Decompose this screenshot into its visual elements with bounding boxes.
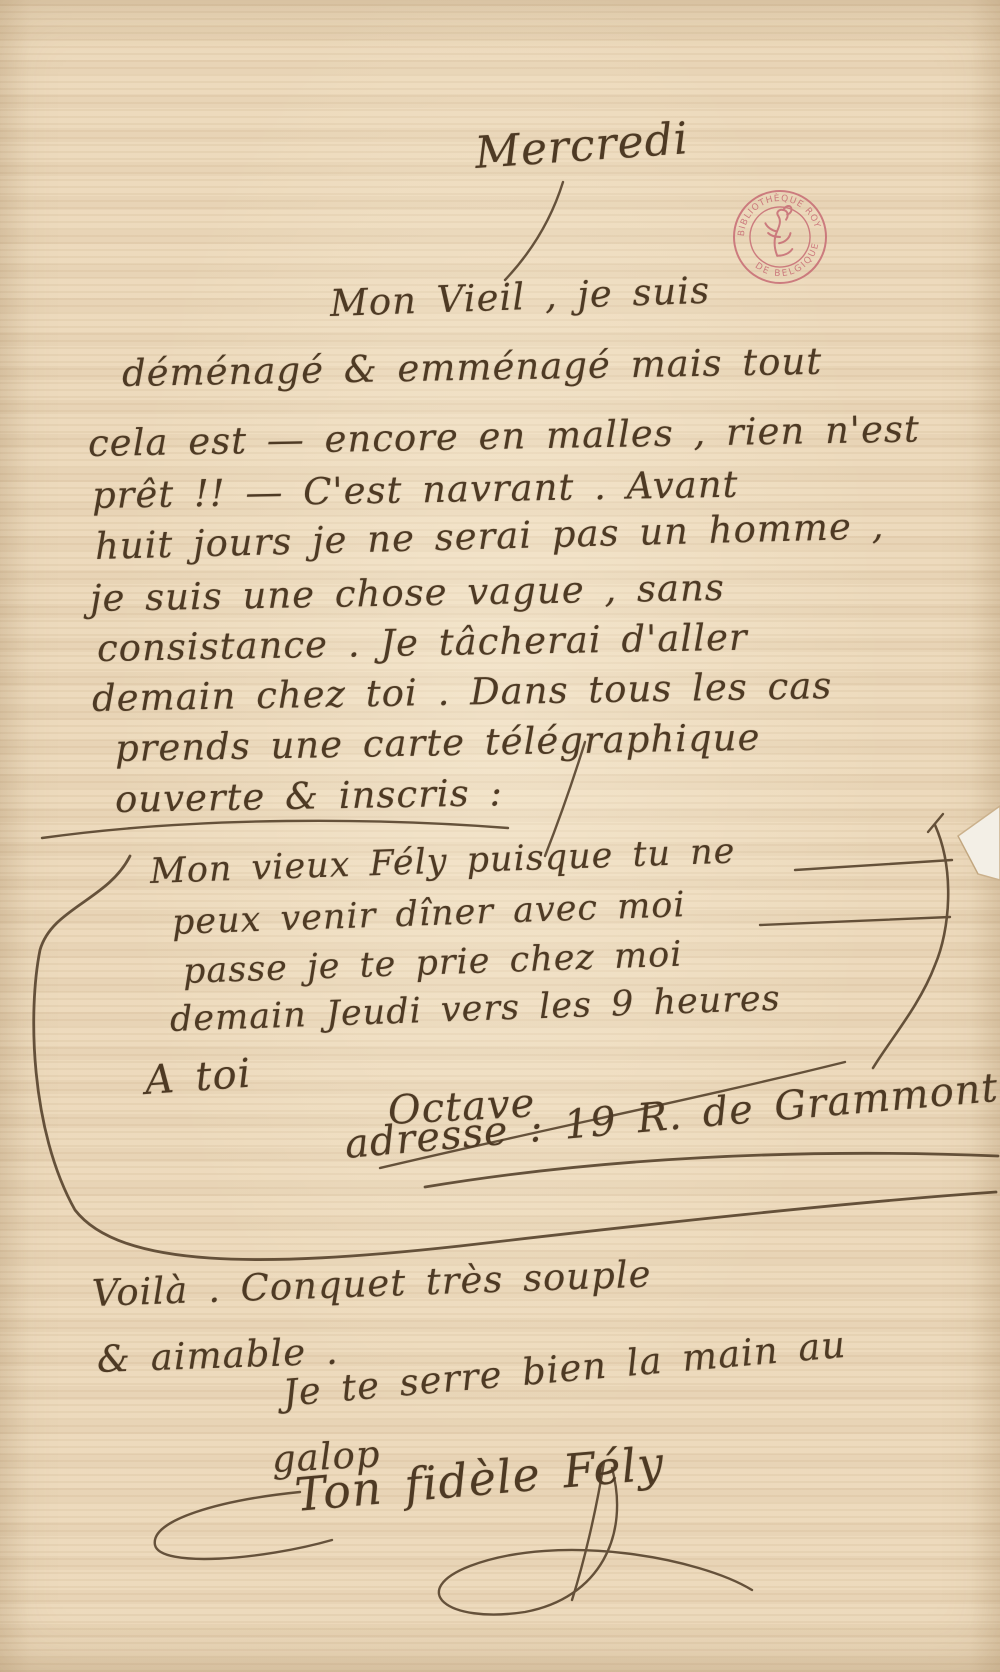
letter-line: cela est — encore en malles , rien n'est	[88, 407, 920, 465]
letter-line: prêt !! — C'est navrant . Avant	[92, 463, 739, 517]
letter-line: prends une carte télégraphique	[115, 716, 761, 770]
pen-flourish	[928, 814, 943, 832]
letter-line: Mon Vieil , je suis	[329, 269, 711, 325]
telegram-card-line: Mon vieux Fély puisque tu ne	[149, 832, 736, 892]
card-address: adresse : 19 R. de Grammont	[343, 1065, 1000, 1168]
letter-line: déménagé & emménagé mais tout	[122, 340, 823, 395]
paper-tear	[958, 806, 1000, 880]
library-stamp: BIBLIOTHÈQUE ROYALE DE BELGIQUE	[728, 185, 832, 289]
telegram-card-line: passe je te prie chez moi	[182, 935, 683, 992]
card-valediction: A toi	[143, 1051, 253, 1104]
letter-line: consistance . Je tâcherai d'aller	[97, 616, 748, 670]
letter-line: ouverte & inscris :	[115, 771, 504, 821]
underline-stroke	[425, 1153, 998, 1187]
letter-line: demain chez toi . Dans tous les cas	[92, 664, 833, 720]
lion-rampant-icon	[763, 205, 799, 257]
dash-stroke	[795, 860, 952, 870]
ink-flourishes	[0, 0, 1000, 1672]
pen-flourish	[505, 182, 563, 280]
letter-page: Mercredi Mon Vieil , je suis déménagé & …	[0, 0, 1000, 1672]
letter-line: je suis une chose vague , sans	[90, 566, 725, 620]
brace-flourish	[873, 825, 948, 1068]
dash-stroke	[760, 917, 950, 925]
stamp-text-bottom: DE BELGIQUE	[750, 239, 827, 284]
underline-stroke	[42, 821, 508, 838]
letter-line: Je te serre bien la main au	[281, 1323, 848, 1415]
dateline: Mercredi	[473, 113, 690, 179]
letter-line: Voilà . Conquet très souple	[91, 1252, 652, 1315]
svg-text:DE BELGIQUE: DE BELGIQUE	[750, 239, 827, 284]
telegram-card-line: peux venir dîner avec moi	[171, 885, 686, 943]
